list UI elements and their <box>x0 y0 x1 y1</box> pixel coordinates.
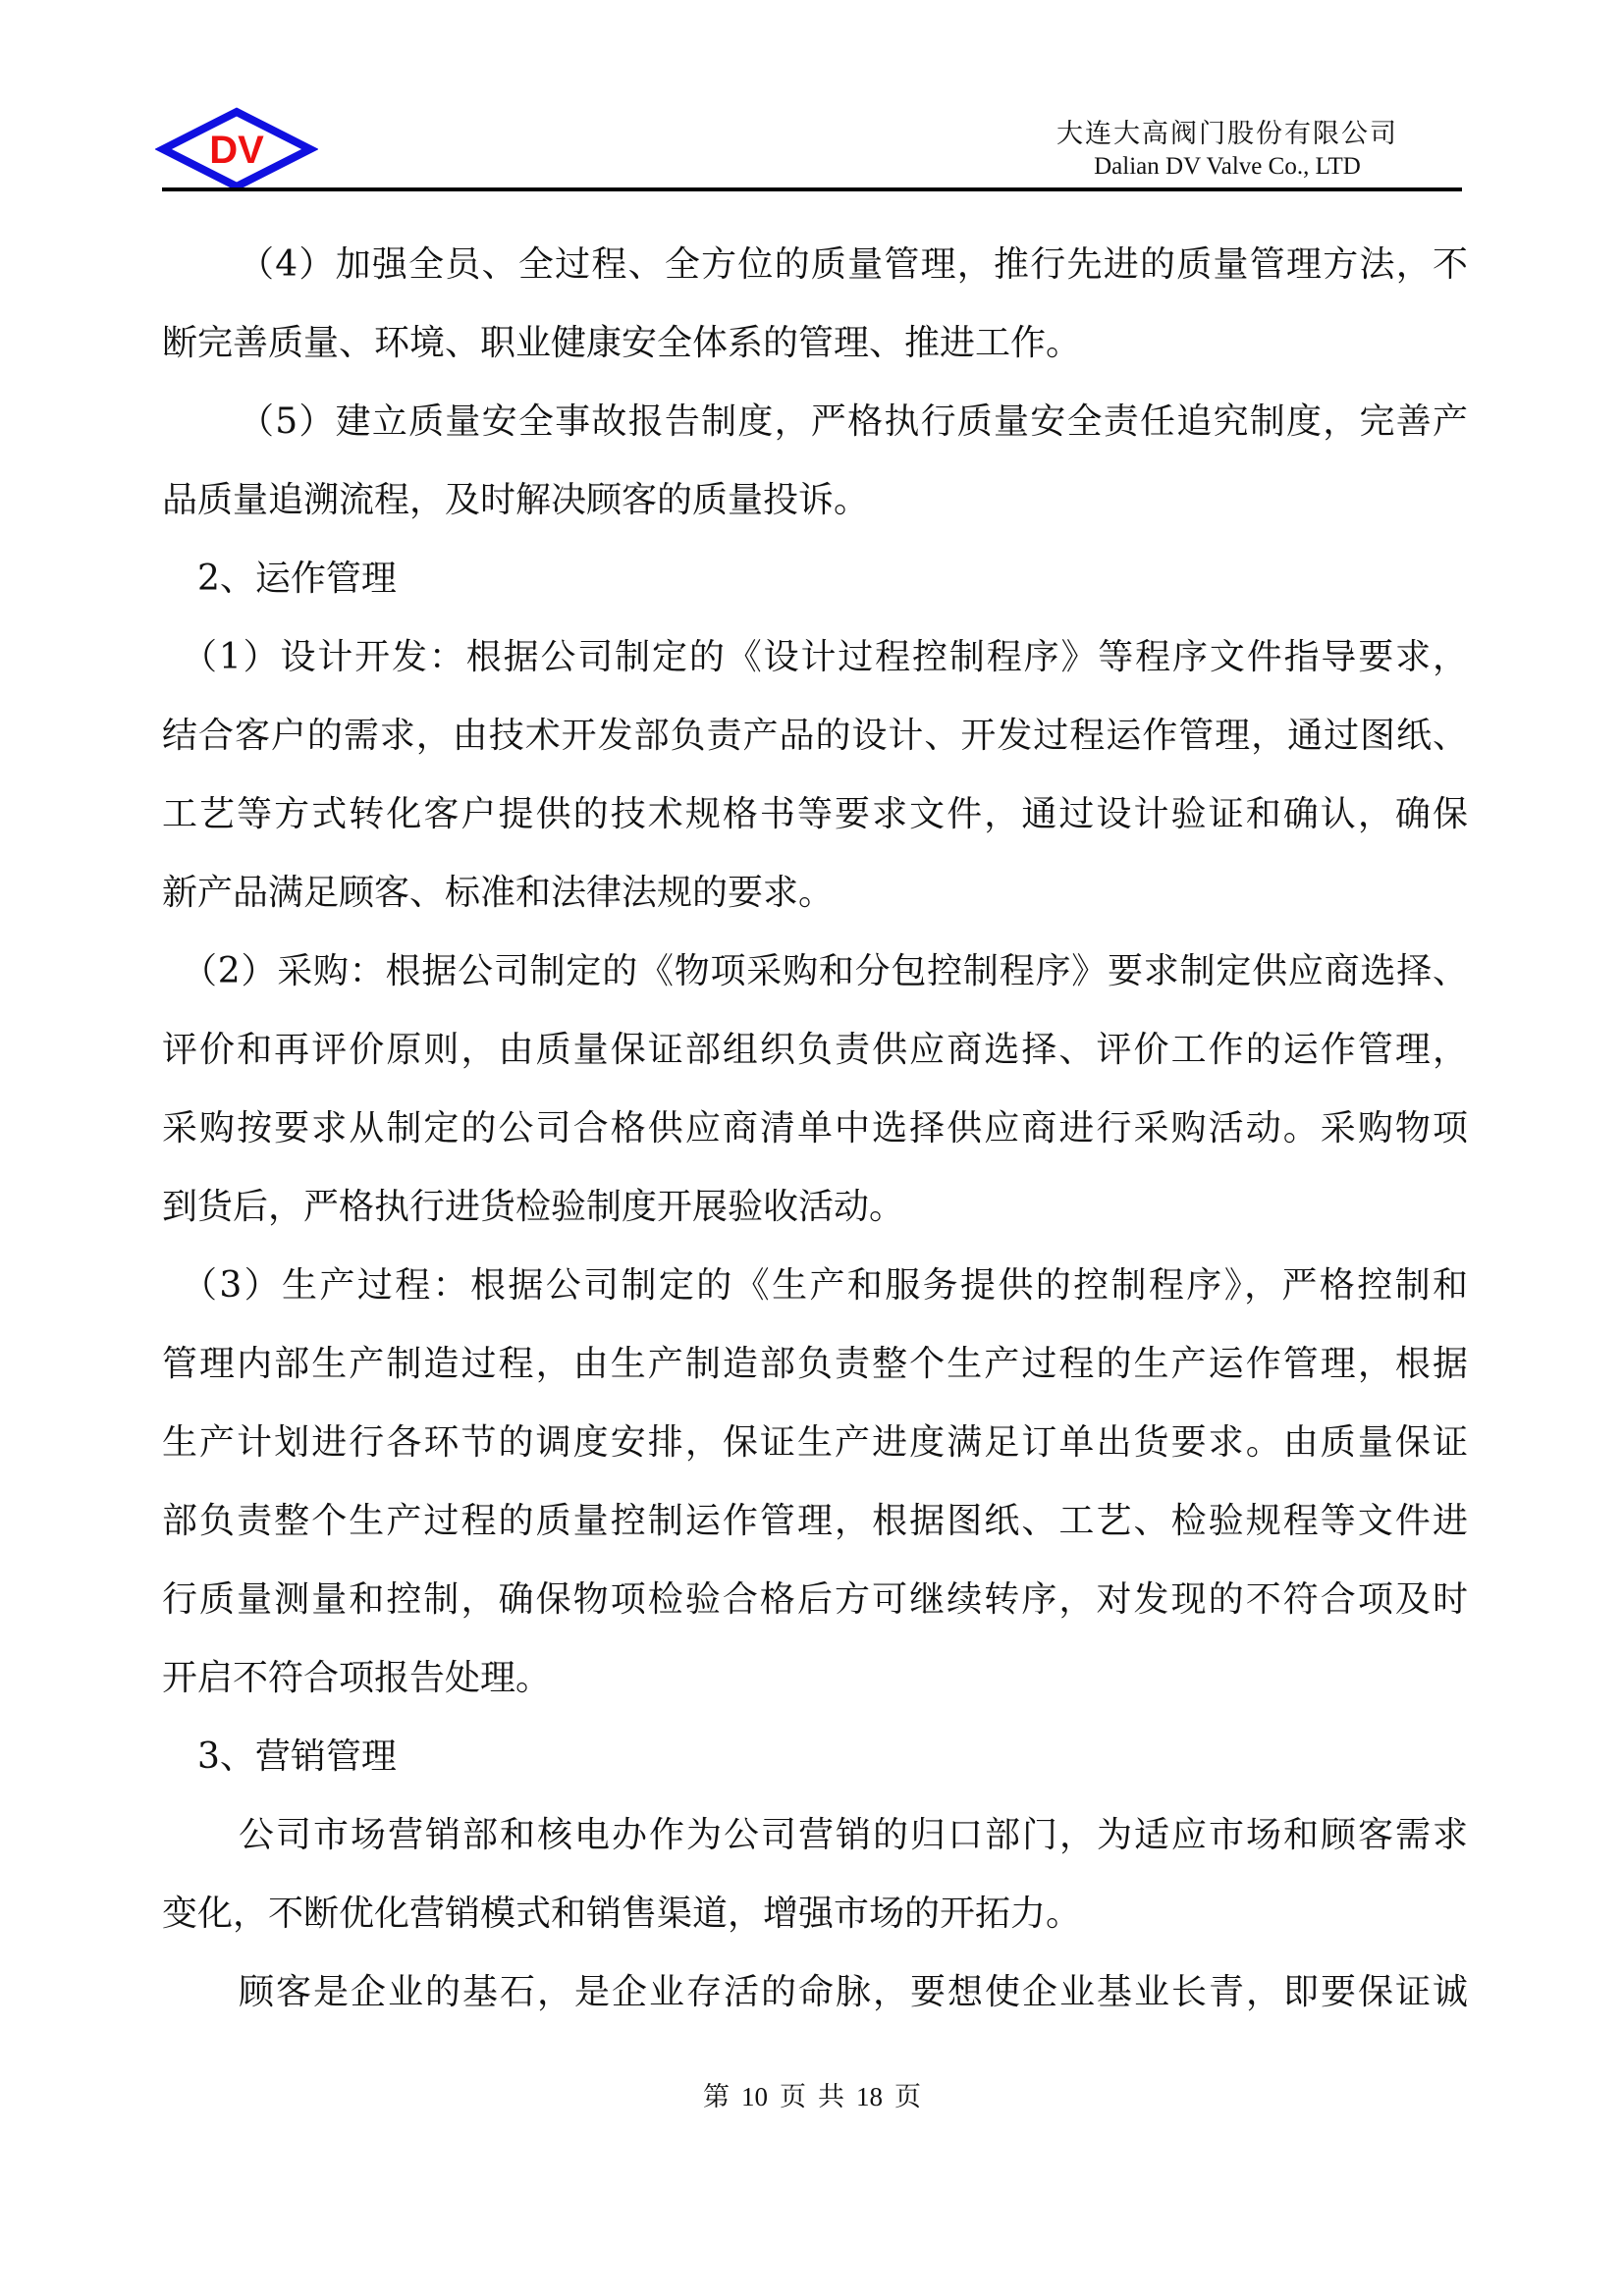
paragraph-line: 变化，不断优化营销模式和销售渠道，增强市场的开拓力。 <box>162 1875 1468 1953</box>
header-divider <box>162 187 1462 191</box>
svg-text:DV: DV <box>209 129 264 172</box>
total-page-count: 18 <box>856 2082 883 2111</box>
paragraph-line: 新产品满足顾客、标准和法律法规的要求。 <box>162 854 1468 933</box>
paragraph-line: 品质量追溯流程，及时解决顾客的质量投诉。 <box>162 461 1468 540</box>
paragraph-line: 开启不符合项报告处理。 <box>162 1639 1468 1718</box>
company-name-block: 大连大高阀门股份有限公司 Dalian DV Valve Co., LTD <box>1021 116 1434 183</box>
company-logo: DV <box>155 106 318 192</box>
current-page-number: 10 <box>741 2082 768 2111</box>
paragraph-line: 生产计划进行各环节的调度安排，保证生产进度满足订单出货要求。由质量保证 <box>162 1404 1468 1482</box>
company-name-en: Dalian DV Valve Co., LTD <box>1021 151 1434 183</box>
page-number-footer: 第10页共18页 <box>0 2079 1624 2114</box>
footer-prefix: 第 <box>703 2082 730 2111</box>
paragraph-line: （3）生产过程：根据公司制定的《生产和服务提供的控制程序》，严格控制和 <box>162 1247 1468 1325</box>
section-heading: 2、运作管理 <box>162 540 1468 618</box>
paragraph-line: （4）加强全员、全过程、全方位的质量管理，推行先进的质量管理方法，不 <box>162 226 1468 304</box>
paragraph-line: 断完善质量、环境、职业健康安全体系的管理、推进工作。 <box>162 304 1468 383</box>
page-header: DV 大连大高阀门股份有限公司 Dalian DV Valve Co., LTD <box>0 0 1624 196</box>
footer-suffix: 页 <box>894 2082 921 2111</box>
paragraph-line: 评价和再评价原则，由质量保证部组织负责供应商选择、评价工作的运作管理， <box>162 1011 1468 1090</box>
section-heading: 3、营销管理 <box>162 1718 1468 1796</box>
paragraph-line: （1）设计开发：根据公司制定的《设计过程控制程序》等程序文件指导要求， <box>162 618 1468 697</box>
paragraph-line: 公司市场营销部和核电办作为公司营销的归口部门，为适应市场和顾客需求 <box>162 1796 1468 1875</box>
paragraph-line: 到货后，严格执行进货检验制度开展验收活动。 <box>162 1168 1468 1247</box>
footer-page-word: 页 <box>780 2082 806 2111</box>
paragraph-line: 行质量测量和控制，确保物项检验合格后方可继续转序，对发现的不符合项及时 <box>162 1561 1468 1639</box>
paragraph-line: 部负责整个生产过程的质量控制运作管理，根据图纸、工艺、检验规程等文件进 <box>162 1482 1468 1561</box>
document-body: （4）加强全员、全过程、全方位的质量管理，推行先进的质量管理方法，不 断完善质量… <box>162 226 1468 2032</box>
footer-total-word: 共 <box>818 2082 844 2111</box>
dv-diamond-logo-icon: DV <box>155 106 318 192</box>
paragraph-line: 工艺等方式转化客户提供的技术规格书等要求文件，通过设计验证和确认，确保 <box>162 775 1468 854</box>
paragraph-line: 顾客是企业的基石，是企业存活的命脉，要想使企业基业长青，即要保证诚 <box>162 1953 1468 2032</box>
company-name-cn: 大连大高阀门股份有限公司 <box>1021 116 1434 151</box>
paragraph-line: 管理内部生产制造过程，由生产制造部负责整个生产过程的生产运作管理，根据 <box>162 1325 1468 1404</box>
paragraph-line: （5）建立质量安全事故报告制度，严格执行质量安全责任追究制度，完善产 <box>162 383 1468 461</box>
paragraph-line: （2）采购：根据公司制定的《物项采购和分包控制程序》要求制定供应商选择、 <box>162 933 1468 1011</box>
paragraph-line: 结合客户的需求，由技术开发部负责产品的设计、开发过程运作管理，通过图纸、 <box>162 697 1468 775</box>
paragraph-line: 采购按要求从制定的公司合格供应商清单中选择供应商进行采购活动。采购物项 <box>162 1090 1468 1168</box>
